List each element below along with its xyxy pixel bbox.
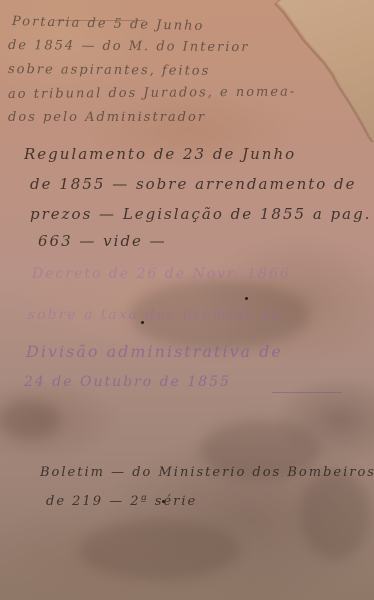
- entry-line: ao tribunal dos Jurados, e nomea-: [8, 84, 296, 102]
- entry-line: sobre a taxa dos premios de: [28, 307, 282, 323]
- entry-line: dos pelo Administrador: [8, 110, 206, 125]
- date-underline: [272, 392, 342, 393]
- entry-line: 24 de Outubro de 1855: [24, 374, 231, 390]
- entry-line: de 1855 — sobre arrendamento de: [30, 175, 357, 193]
- entry-line: sobre aspirantes, feitos: [8, 62, 210, 79]
- entry-line: Regulamento de 23 de Junho: [24, 145, 296, 163]
- entry-line: Divisão administrativa de: [26, 342, 283, 361]
- entry-line: prezos — Legislação de 1855 a pag.: [30, 205, 371, 223]
- entry-line: Boletim — do Ministerio dos Bombeiros: [40, 465, 374, 480]
- entry-line: de 1854 — do M. do Interior: [8, 38, 250, 55]
- manuscript-page: Portaria de 5 de Junho de 1854 — do M. d…: [0, 0, 374, 600]
- entry-line: 663 — vide —: [38, 232, 167, 250]
- entry-line: de 219 — 2ª série: [46, 494, 197, 509]
- water-stain: [300, 470, 370, 560]
- entry-line: Portaria de 5 de Junho: [12, 14, 205, 34]
- entry-line: Decreto de 26 de Novr. 1866: [32, 266, 291, 282]
- water-stain: [0, 400, 60, 440]
- water-stain: [80, 520, 240, 580]
- ink-speck: [245, 297, 248, 300]
- separator-line: [55, 20, 145, 21]
